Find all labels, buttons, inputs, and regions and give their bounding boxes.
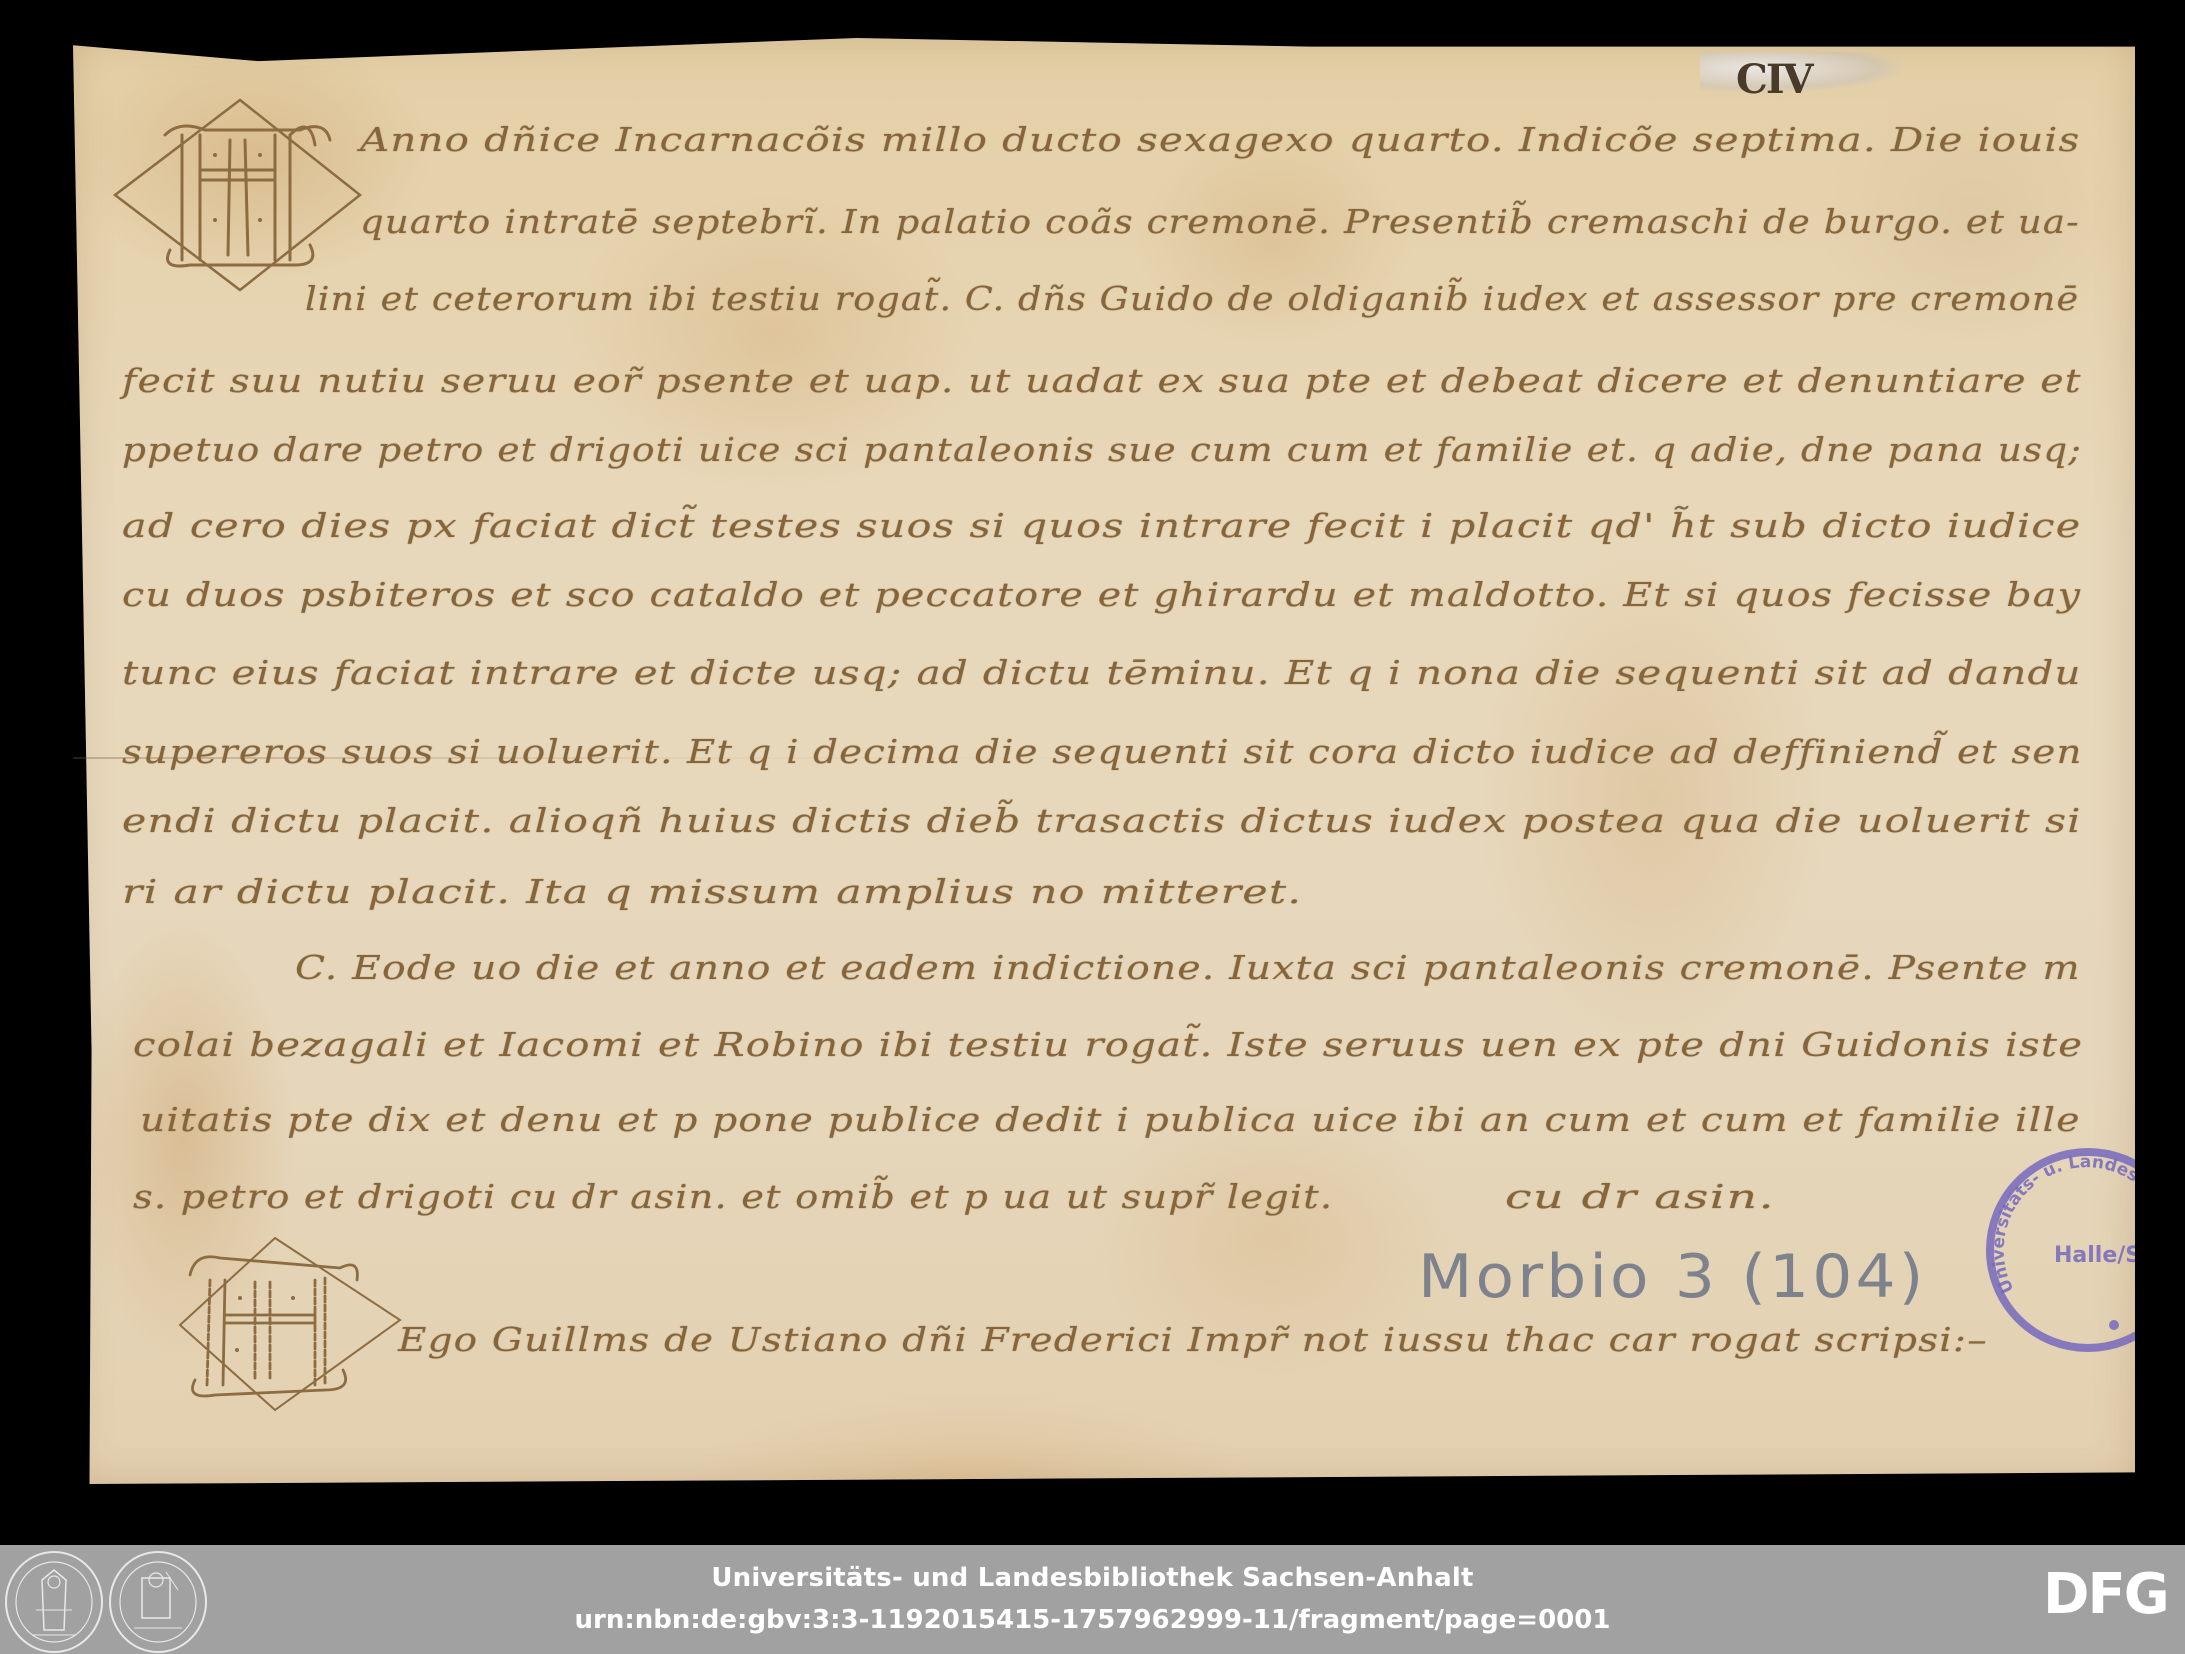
manuscript-line: cu dr asin. (1505, 1177, 1775, 1216)
shelfmark-numeral: CIV (1736, 56, 1812, 103)
manuscript-line: s. petro et drigoti cu dr asin. et omib̃… (133, 1177, 1333, 1216)
library-stamp: Universitäts- u. Landesbibl. Halle/S. (1984, 1140, 2135, 1360)
manuscript-line: Anno dñice Incarnacõis millo ducto sexag… (360, 120, 2080, 159)
manuscript-line: Ego Guillms de Ustiano dñi Frederici Imp… (398, 1320, 1988, 1359)
dfg-logo: DFG (2043, 1573, 2167, 1617)
manuscript-line: tunc eius faciat intrare et dicte usq; a… (122, 653, 2082, 692)
manuscript-line: lini et ceterorum ibi testiu rogat̃. C. … (305, 279, 2079, 318)
svg-text:Universitäts- u. Landesbibl.: Universitäts- u. Landesbibl. (1984, 1140, 2135, 1296)
manuscript-line: quarto intratē septebrĩ. In palatio coãs… (360, 202, 2080, 241)
manuscript-line: ri ar dictu placit. Ita q missum amplius… (122, 872, 1302, 911)
manuscript-line: ad cero dies px faciat dict̃ testes suos… (122, 506, 2081, 545)
stamp-center-text: Halle/S. (2054, 1243, 2135, 1268)
manuscript-line: fecit suu nutiu seruu eor̃ psente et uap… (122, 361, 2082, 400)
urn-identifier: urn:nbn:de:gbv:3:3-1192015415-1757962999… (0, 1605, 2185, 1635)
manuscript-line: uitatis pte dix et denu et p pone public… (140, 1100, 2081, 1139)
manuscript-line: cu duos psbiteros et sco cataldo et pecc… (122, 575, 2081, 614)
manuscript-line: endi dictu placit. alioqñ huius dictis … (122, 801, 2082, 840)
manuscript-line: supereros suos si uoluerit. Et q i decim… (122, 732, 2083, 771)
image-viewer: CIV Anno dñice Incarnacõis millo ducto s… (0, 0, 2185, 1545)
stamp-ring-text: Universitäts- u. Landesbibl. (1984, 1140, 2135, 1296)
stamp-icon: Universitäts- u. Landesbibl. Halle/S. (1984, 1140, 2135, 1360)
pencil-annotation: Morbio 3 (104) (1418, 1242, 1926, 1312)
library-name: Universitäts- und Landesbibliothek Sachs… (0, 1563, 2185, 1593)
footer-bar: Universitäts- und Landesbibliothek Sachs… (0, 1545, 2185, 1654)
manuscript-line: ppetuo dare petro et drigoti uice sci pa… (122, 430, 2082, 469)
notarial-signum-icon (110, 95, 370, 295)
manuscript-line: colai bezagali et Iacomi et Robino ibi t… (133, 1025, 2083, 1064)
manuscript-line: C. Eode uo die et anno et eadem indictio… (295, 948, 2081, 987)
notarial-signum-icon (175, 1230, 405, 1420)
